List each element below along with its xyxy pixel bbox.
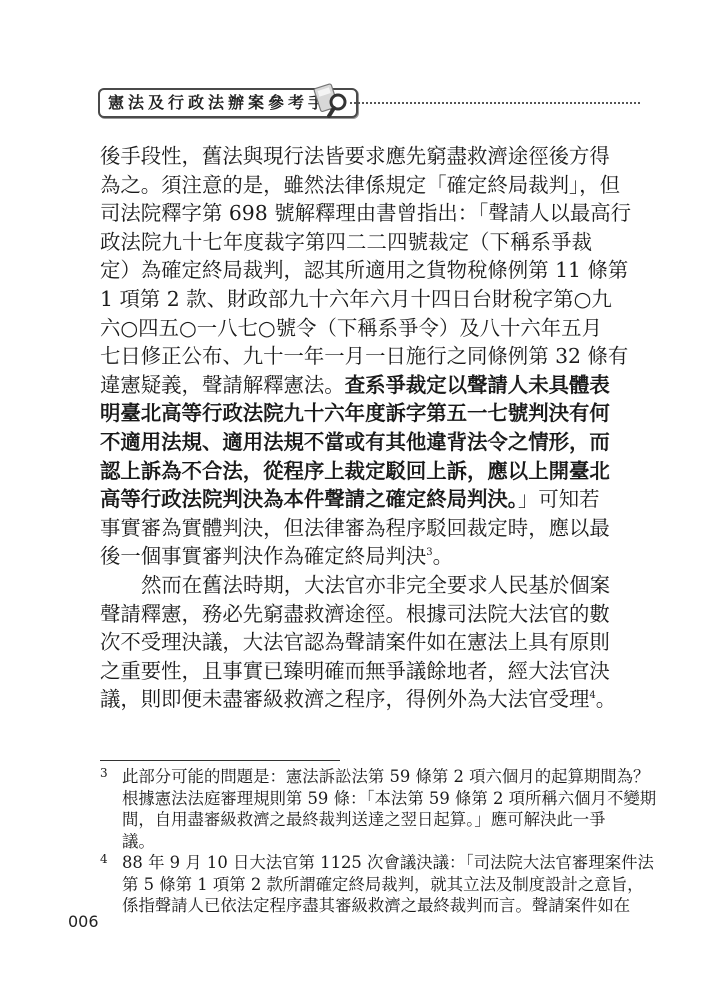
text-line: 違憲疑義，聲請解釋憲法。查系爭裁定以聲請人未具體表 xyxy=(100,371,592,400)
text-line: 六○四五○一八七○號令（下稱系爭令）及八十六年五月 xyxy=(100,314,592,343)
text-line: 後一個事實審判決作為確定終局判決3。 xyxy=(100,542,592,571)
quoted-bold-line: 不適用法規、適用法規不當或有其他違背法令之情形，而 xyxy=(100,428,592,457)
footnote-line: 88 年 9 月 10 日大法官第 1125 次會議決議：「司法院大法官審理案件… xyxy=(122,852,592,874)
page-number: 006 xyxy=(68,912,99,931)
footnote-4: 4 88 年 9 月 10 日大法官第 1125 次會議決議：「司法院大法官審理… xyxy=(100,852,592,917)
text-line: 事實審為實體判決，但法律審為程序駁回裁定時，應以最 xyxy=(100,514,592,543)
main-body: 後手段性，舊法與現行法皆要求應先窮盡救濟途徑後方得 為之。須注意的是，雖然法律係… xyxy=(100,142,592,714)
footnote-3: 3 此部分可能的問題是：憲法訴訟法第 59 條第 2 項六個月的起算期間為？ 根… xyxy=(100,766,592,852)
header-dotted-rule xyxy=(350,102,640,104)
quoted-bold-text: 高等行政法院判決為本件聲請之確定終局判決。 xyxy=(100,487,518,511)
text-line: 聲請釋憲，務必先窮盡救濟途徑。根據司法院大法官的數 xyxy=(100,600,592,629)
text-line: 之重要性，且事實已臻明確而無爭議餘地者，經大法官決 xyxy=(100,657,592,686)
text-line: 然而在舊法時期，大法官亦非完全要求人民基於個案 xyxy=(100,571,592,600)
footnote-line: 議。 xyxy=(122,831,592,853)
text-line: 議，則即便未盡審級救濟之程序，得例外為大法官受理4。 xyxy=(100,685,592,714)
footnote-line: 此部分可能的問題是：憲法訴訟法第 59 條第 2 項六個月的起算期間為？ xyxy=(122,766,592,788)
text-line: 後手段性，舊法與現行法皆要求應先窮盡救濟途徑後方得 xyxy=(100,142,592,171)
footnote-number: 3 xyxy=(100,763,108,785)
text-normal: 議，則即便未盡審級救濟之程序，得例外為大法官受理 xyxy=(100,687,589,711)
text-normal: 。 xyxy=(596,687,616,711)
footnote-number: 4 xyxy=(100,849,108,871)
footnote-line: 根據憲法法庭審理規則第 59 條：「本法第 59 條第 2 項所稱六個月不變期 xyxy=(122,788,592,810)
quoted-bold-text: 查系爭裁定以聲請人未具體表 xyxy=(345,373,610,397)
text-line: 七日修正公布、九十一年一月一日施行之同條例第 32 條有 xyxy=(100,342,592,371)
text-line: 政法院九十七年度裁字第四二二四號裁定（下稱系爭裁 xyxy=(100,228,592,257)
text-line: 高等行政法院判決為本件聲請之確定終局判決。」可知若 xyxy=(100,485,592,514)
quoted-bold-line: 明臺北高等行政法院九十六年度訴字第五一七號判決有何 xyxy=(100,399,592,428)
footnote-line: 間，自用盡審級救濟之最終裁判送達之翌日起算。」應可解決此一爭 xyxy=(122,809,592,831)
text-line: 1 項第 2 款、財政部九十六年六月十四日台財稅字第○九 xyxy=(100,285,592,314)
book-magnifier-icon xyxy=(312,80,352,120)
footnote-line: 第 5 條第 1 項第 2 款所謂確定終局裁判，就其立法及制度設計之意旨， xyxy=(122,874,592,896)
text-normal: 違憲疑義，聲請解釋憲法。 xyxy=(100,373,345,397)
text-line: 次不受理決議，大法官認為聲請案件如在憲法上具有原則 xyxy=(100,628,592,657)
text-normal: 」可知若 xyxy=(518,487,600,511)
paragraph-2: 然而在舊法時期，大法官亦非完全要求人民基於個案 聲請釋憲，務必先窮盡救濟途徑。根… xyxy=(100,571,592,714)
text-normal: 。 xyxy=(433,544,453,568)
footnote-line: 係指聲請人已依法定程序盡其審級救濟之最終裁判而言。聲請案件如在 xyxy=(122,895,592,917)
quoted-bold-line: 認上訴為不合法，從程序上裁定駁回上訴，應以上開臺北 xyxy=(100,457,592,486)
running-header: 憲法及行政法辦案參考手冊 xyxy=(98,88,638,118)
text-line: 定）為確定終局裁判，認其所適用之貨物稅條例第 11 條第 xyxy=(100,256,592,285)
text-line: 司法院釋字第 698 號解釋理由書曾指出：「聲請人以最高行 xyxy=(100,199,592,228)
footnotes: 3 此部分可能的問題是：憲法訴訟法第 59 條第 2 項六個月的起算期間為？ 根… xyxy=(100,766,592,917)
text-normal: 後一個事實審判決作為確定終局判決 xyxy=(100,544,426,568)
footnote-divider xyxy=(100,760,340,761)
paragraph-1: 後手段性，舊法與現行法皆要求應先窮盡救濟途徑後方得 為之。須注意的是，雖然法律係… xyxy=(100,142,592,571)
text-line: 為之。須注意的是，雖然法律係規定「確定終局裁判」，但 xyxy=(100,171,592,200)
